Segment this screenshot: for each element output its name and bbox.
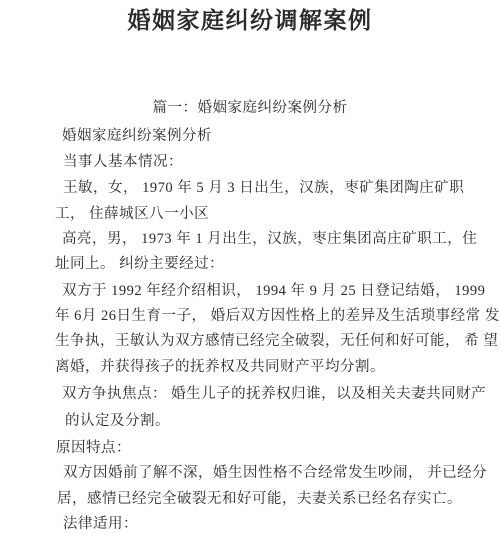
- text-line: 工， 住薛城区八一小区: [55, 206, 209, 222]
- text-line: 年 6月 26日生育一子， 婚后双方因性格上的差异及生活琐事经常 发: [55, 308, 500, 324]
- document-page: 婚姻家庭纠纷调解案例 篇一：婚姻家庭纠纷案例分析 婚姻家庭纠纷案例分析 当事人基…: [0, 0, 500, 553]
- text-line: 双方因婚前了解不深，婚生因性格不合经常发生吵闹， 并已经分: [63, 465, 487, 481]
- text-line: 离婚，并获得孩子的抚养权及共同财产平均分割。: [55, 359, 385, 375]
- text-line: 址同上。 纠纷主要经过：: [55, 256, 224, 272]
- text-line: 居，感情已经完全破裂无和好可能，夫妻关系已经名存实亡。: [57, 491, 462, 507]
- text-line: 法律适用：: [63, 516, 138, 532]
- text-line: 王敏，女， 1970 年 5 月 3 日出生，汉族，枣矿集团陶庄矿职: [63, 180, 464, 196]
- document-title: 婚姻家庭纠纷调解案例: [0, 2, 500, 35]
- text-line: 婚姻家庭纠纷案例分析: [62, 128, 212, 144]
- text-line: 双方争执焦点： 婚生儿子的抚养权归谁，以及相关夫妻共同财产: [62, 386, 486, 402]
- text-line: 高亮，男， 1973 年 1 月出生，汉族，枣庄集团高庄矿职工，住: [62, 231, 477, 247]
- text-line: 双方于 1992 年经介绍相识， 1994 年 9 月 25 日登记结婚， 19…: [62, 283, 485, 299]
- section-heading: 篇一：婚姻家庭纠纷案例分析: [0, 96, 500, 117]
- text-line: 原因特点：: [56, 440, 131, 456]
- text-line: 当事人基本情况：: [63, 154, 183, 170]
- text-line: 的认定及分割。: [65, 413, 170, 429]
- text-line: 生争执，王敏认为双方感情已经完全破裂，无任何和好可能， 希 望: [55, 333, 498, 349]
